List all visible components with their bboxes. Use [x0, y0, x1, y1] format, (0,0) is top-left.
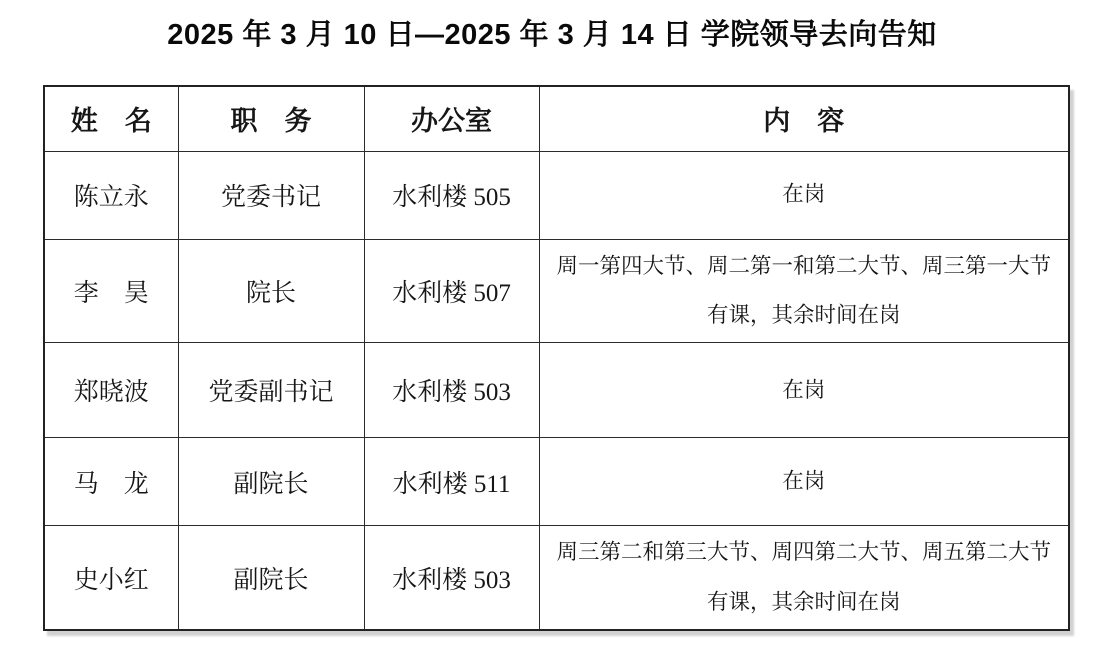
office-cell: 水利楼 505 — [364, 151, 539, 239]
position-cell: 院长 — [178, 239, 364, 343]
table-row: 郑晓波 党委副书记 水利楼 503 在岗 — [44, 343, 1069, 438]
name-cell: 郑晓波 — [44, 343, 178, 438]
content-cell: 在岗 — [539, 438, 1069, 526]
name-cell: 陈立永 — [44, 151, 178, 239]
column-header-office: 办公室 — [364, 86, 539, 151]
position-cell: 党委副书记 — [178, 343, 364, 438]
document-page: 2025 年 3 月 10 日—2025 年 3 月 14 日 学院领导去向告知… — [0, 0, 1104, 659]
table-row: 史小红 副院长 水利楼 503 周三第二和第三大节、周四第二大节、周五第二大节 … — [44, 526, 1069, 630]
content-cell: 周一第四大节、周二第一和第二大节、周三第一大节 有课，其余时间在岗 — [539, 239, 1069, 343]
content-cell: 周三第二和第三大节、周四第二大节、周五第二大节 有课，其余时间在岗 — [539, 526, 1069, 630]
document-title: 2025 年 3 月 10 日—2025 年 3 月 14 日 学院领导去向告知 — [0, 12, 1104, 53]
office-cell: 水利楼 507 — [364, 239, 539, 343]
table-row: 马 龙 副院长 水利楼 511 在岗 — [44, 438, 1069, 526]
position-cell: 副院长 — [178, 526, 364, 630]
header-row: 姓 名 职 务 办公室 内 容 — [44, 86, 1069, 151]
table-row: 李 昊 院长 水利楼 507 周一第四大节、周二第一和第二大节、周三第一大节 有… — [44, 239, 1069, 343]
office-cell: 水利楼 503 — [364, 343, 539, 438]
content-cell: 在岗 — [539, 343, 1069, 438]
name-cell: 马 龙 — [44, 438, 178, 526]
content-cell: 在岗 — [539, 151, 1069, 239]
column-header-position: 职 务 — [178, 86, 364, 151]
name-cell: 史小红 — [44, 526, 178, 630]
office-cell: 水利楼 511 — [364, 438, 539, 526]
leadership-whereabouts-table: 姓 名 职 务 办公室 内 容 陈立永 党委书记 水利楼 505 在岗 李 昊 … — [43, 85, 1070, 631]
position-cell: 副院长 — [178, 438, 364, 526]
table-row: 陈立永 党委书记 水利楼 505 在岗 — [44, 151, 1069, 239]
column-header-name: 姓 名 — [44, 86, 178, 151]
column-header-content: 内 容 — [539, 86, 1069, 151]
office-cell: 水利楼 503 — [364, 526, 539, 630]
name-cell: 李 昊 — [44, 239, 178, 343]
position-cell: 党委书记 — [178, 151, 364, 239]
